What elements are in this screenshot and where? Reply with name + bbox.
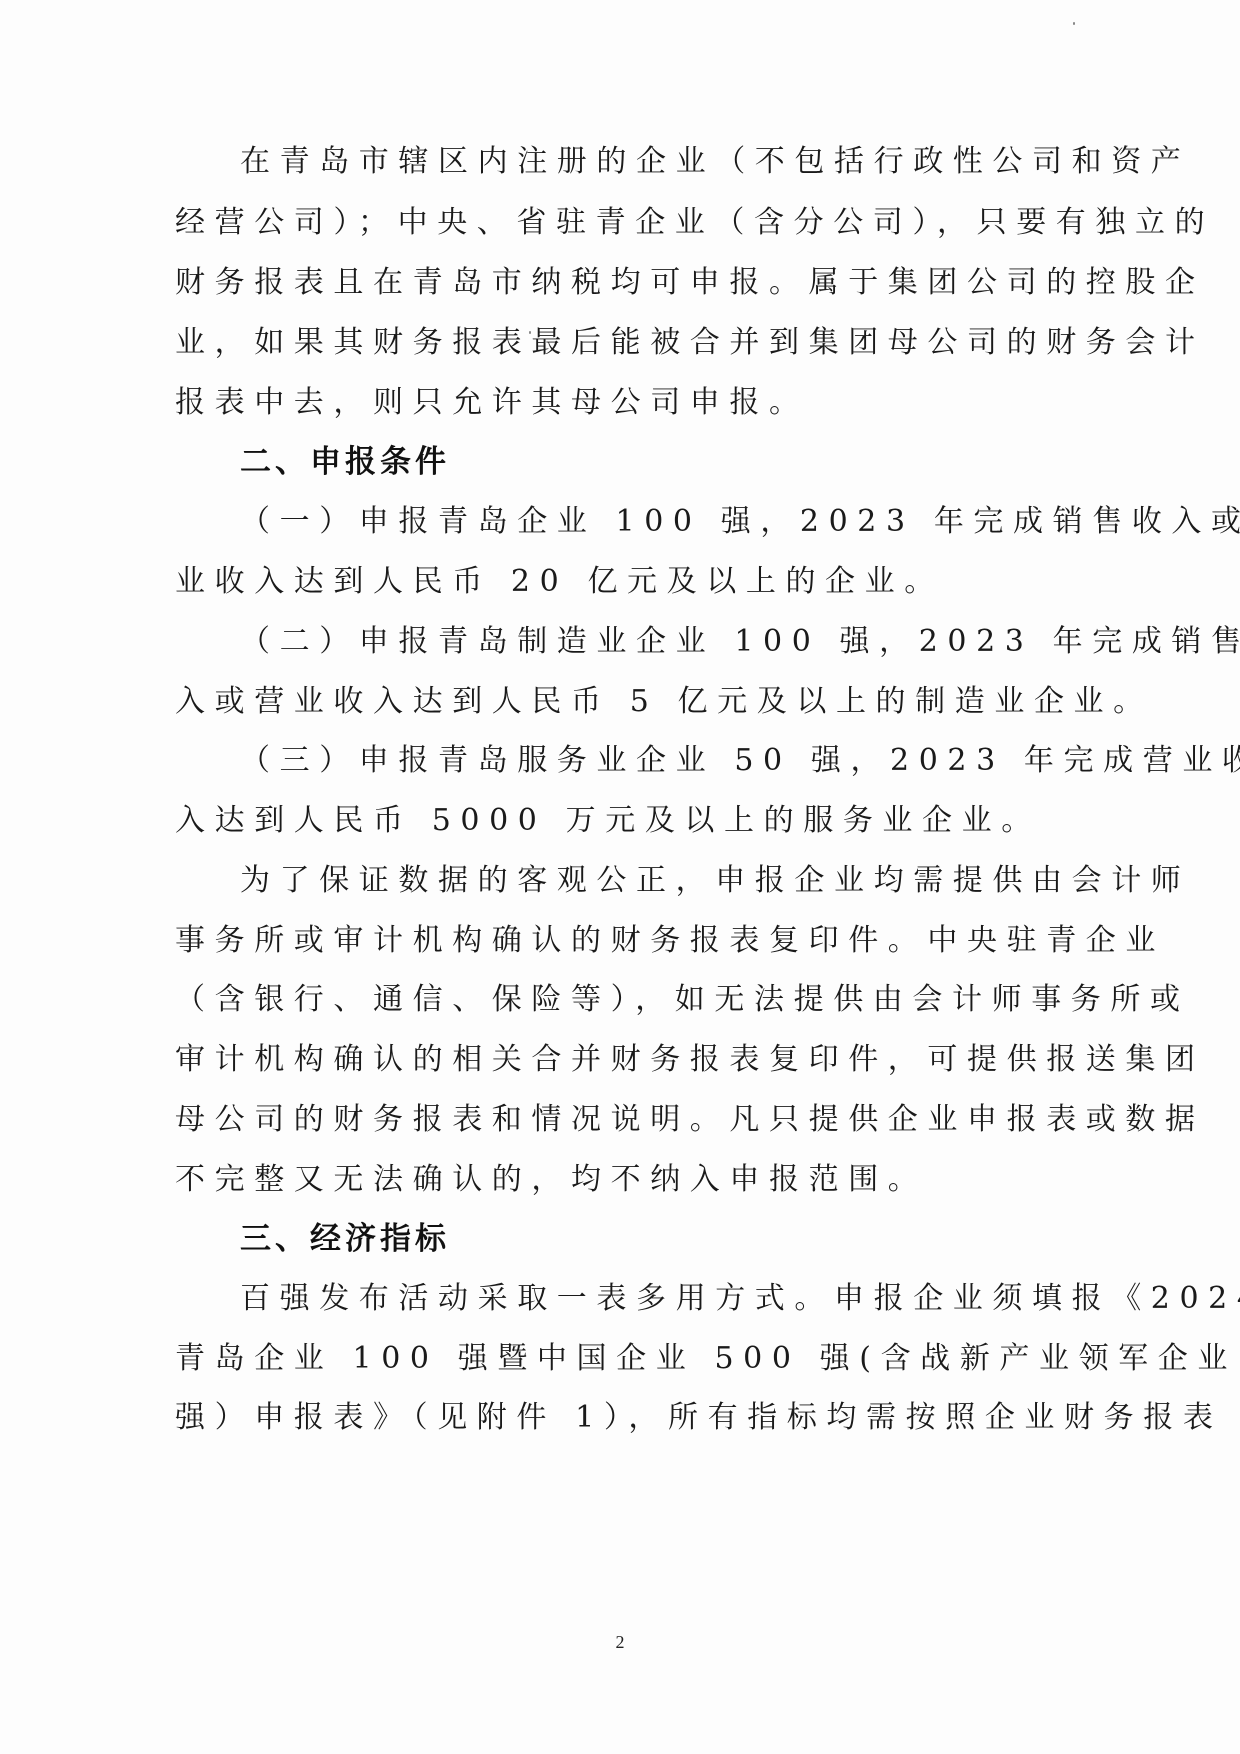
verification-line-1: 为了保证数据的客观公正，申报企业均需提供由会计师 [240,861,1045,901]
condition-1-line-2: 业收入达到人民币 20 亿元及以上的企业。 [175,562,1045,602]
verification-line-5: 母公司的财务报表和情况说明。凡只提供企业申报表或数据 [175,1100,1045,1140]
condition-3-line-1: （三）申报青岛服务业企业 50 强，2023 年完成营业收 [240,741,1045,781]
verification-line-4: 审计机构确认的相关合并财务报表复印件，可提供报送集团 [175,1040,1045,1080]
section-heading-3: 三、经济指标 [240,1219,450,1259]
condition-2-line-2: 入或营业收入达到人民币 5 亿元及以上的制造业企业。 [175,682,1045,722]
document-page: 在青岛市辖区内注册的企业（不包括行政性公司和资产 经营公司）；中央、省驻青企业（… [0,0,1240,1754]
condition-2-line-1: （二）申报青岛制造业企业 100 强，2023 年完成销售收 [240,622,1045,662]
verification-line-2: 事务所或审计机构确认的财务报表复印件。中央驻青企业 [175,921,1045,961]
verification-line-3: （含银行、通信、保险等），如无法提供由会计师事务所或 [175,980,1045,1020]
paragraph-1-line-1: 在青岛市辖区内注册的企业（不包括行政性公司和资产 [240,142,1045,182]
paragraph-1-line-4: 业，如果其财务报表最后能被合并到集团母公司的财务会计 [175,323,1045,363]
condition-1-line-1: （一）申报青岛企业 100 强，2023 年完成销售收入或营 [240,502,1045,542]
paragraph-1-line-3: 财务报表且在青岛市纳税均可申报。属于集团公司的控股企 [175,263,1045,303]
verification-line-6: 不完整又无法确认的，均不纳入申报范围。 [175,1160,1045,1200]
indicator-line-3: 强）申报表》（见附件 1），所有指标均需按照企业财务报表 [175,1398,1045,1438]
paragraph-1-line-5: 报表中去，则只允许其母公司申报。 [175,383,1045,423]
section-heading-2: 二、申报条件 [240,442,450,482]
condition-3-line-2: 入达到人民币 5000 万元及以上的服务业企业。 [175,801,1045,841]
scan-speck [1073,22,1075,25]
page-number: 2 [0,1632,1240,1653]
scan-speck [529,331,531,334]
indicator-line-2: 青岛企业 100 强暨中国企业 500 强(含战新产业领军企业 100 [175,1339,1045,1379]
paragraph-1-line-2: 经营公司）；中央、省驻青企业（含分公司），只要有独立的 [175,203,1045,243]
indicator-line-1: 百强发布活动采取一表多用方式。申报企业须填报《2024 [240,1279,1045,1319]
